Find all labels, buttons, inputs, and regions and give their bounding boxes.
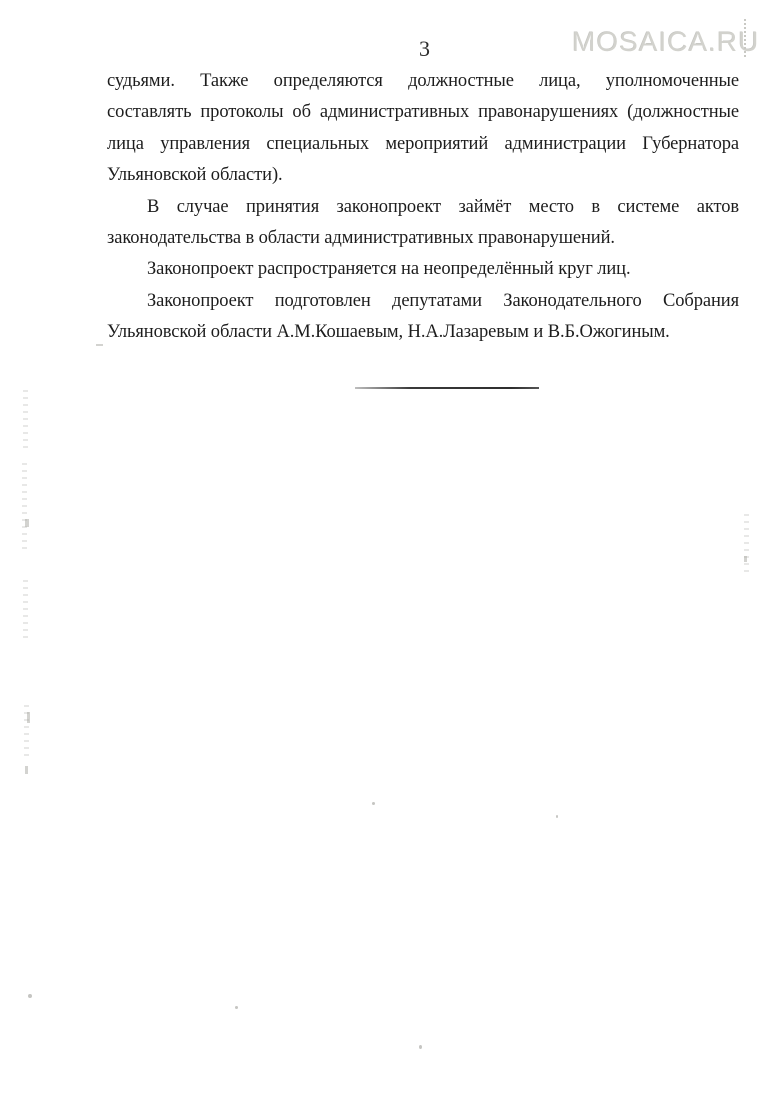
scan-artifact bbox=[96, 344, 103, 346]
scan-artifact bbox=[372, 802, 375, 805]
scan-artifact bbox=[24, 705, 29, 759]
scan-artifact bbox=[23, 390, 28, 448]
paragraph: Законопроект распространяется на неопред… bbox=[107, 254, 739, 285]
scan-artifact bbox=[419, 1045, 422, 1049]
text-line: Ульяновской области А.М.Кошаевым, Н.А.Ла… bbox=[107, 317, 739, 348]
scan-artifact bbox=[744, 514, 749, 574]
text-line: судьями. Также определяются должностные … bbox=[107, 66, 739, 97]
scan-artifact bbox=[235, 1006, 238, 1009]
scan-artifact bbox=[22, 463, 27, 551]
text-line: Законопроект распространяется на неопред… bbox=[107, 254, 739, 285]
scan-artifact bbox=[25, 766, 28, 774]
paragraph: В случае принятия законопроект займёт ме… bbox=[107, 192, 739, 255]
text-line: лица управления специальных мероприятий … bbox=[107, 129, 739, 160]
text-line: составлять протоколы об административных… bbox=[107, 97, 739, 128]
page-number: 3 bbox=[419, 36, 430, 62]
scan-artifact bbox=[25, 519, 29, 527]
signature-divider bbox=[355, 387, 539, 389]
scan-artifact bbox=[744, 556, 747, 562]
text-line: Ульяновской области). bbox=[107, 160, 739, 191]
text-line: Законопроект подготовлен депутатами Зако… bbox=[107, 286, 739, 317]
document-body: судьями. Также определяются должностные … bbox=[107, 66, 739, 349]
text-line: В случае принятия законопроект займёт ме… bbox=[107, 192, 739, 223]
watermark: MOSAICA.RU bbox=[572, 28, 759, 56]
scan-artifact bbox=[27, 712, 30, 723]
text-line: законодательства в области административ… bbox=[107, 223, 739, 254]
paragraph: судьями. Также определяются должностные … bbox=[107, 66, 739, 192]
scanned-document-page: MOSAICA.RU 3 судьями. Также определяются… bbox=[0, 0, 770, 1096]
paragraph: Законопроект подготовлен депутатами Зако… bbox=[107, 286, 739, 349]
scan-artifact bbox=[23, 580, 28, 640]
scan-artifact bbox=[556, 815, 558, 818]
scan-artifact bbox=[28, 994, 32, 998]
